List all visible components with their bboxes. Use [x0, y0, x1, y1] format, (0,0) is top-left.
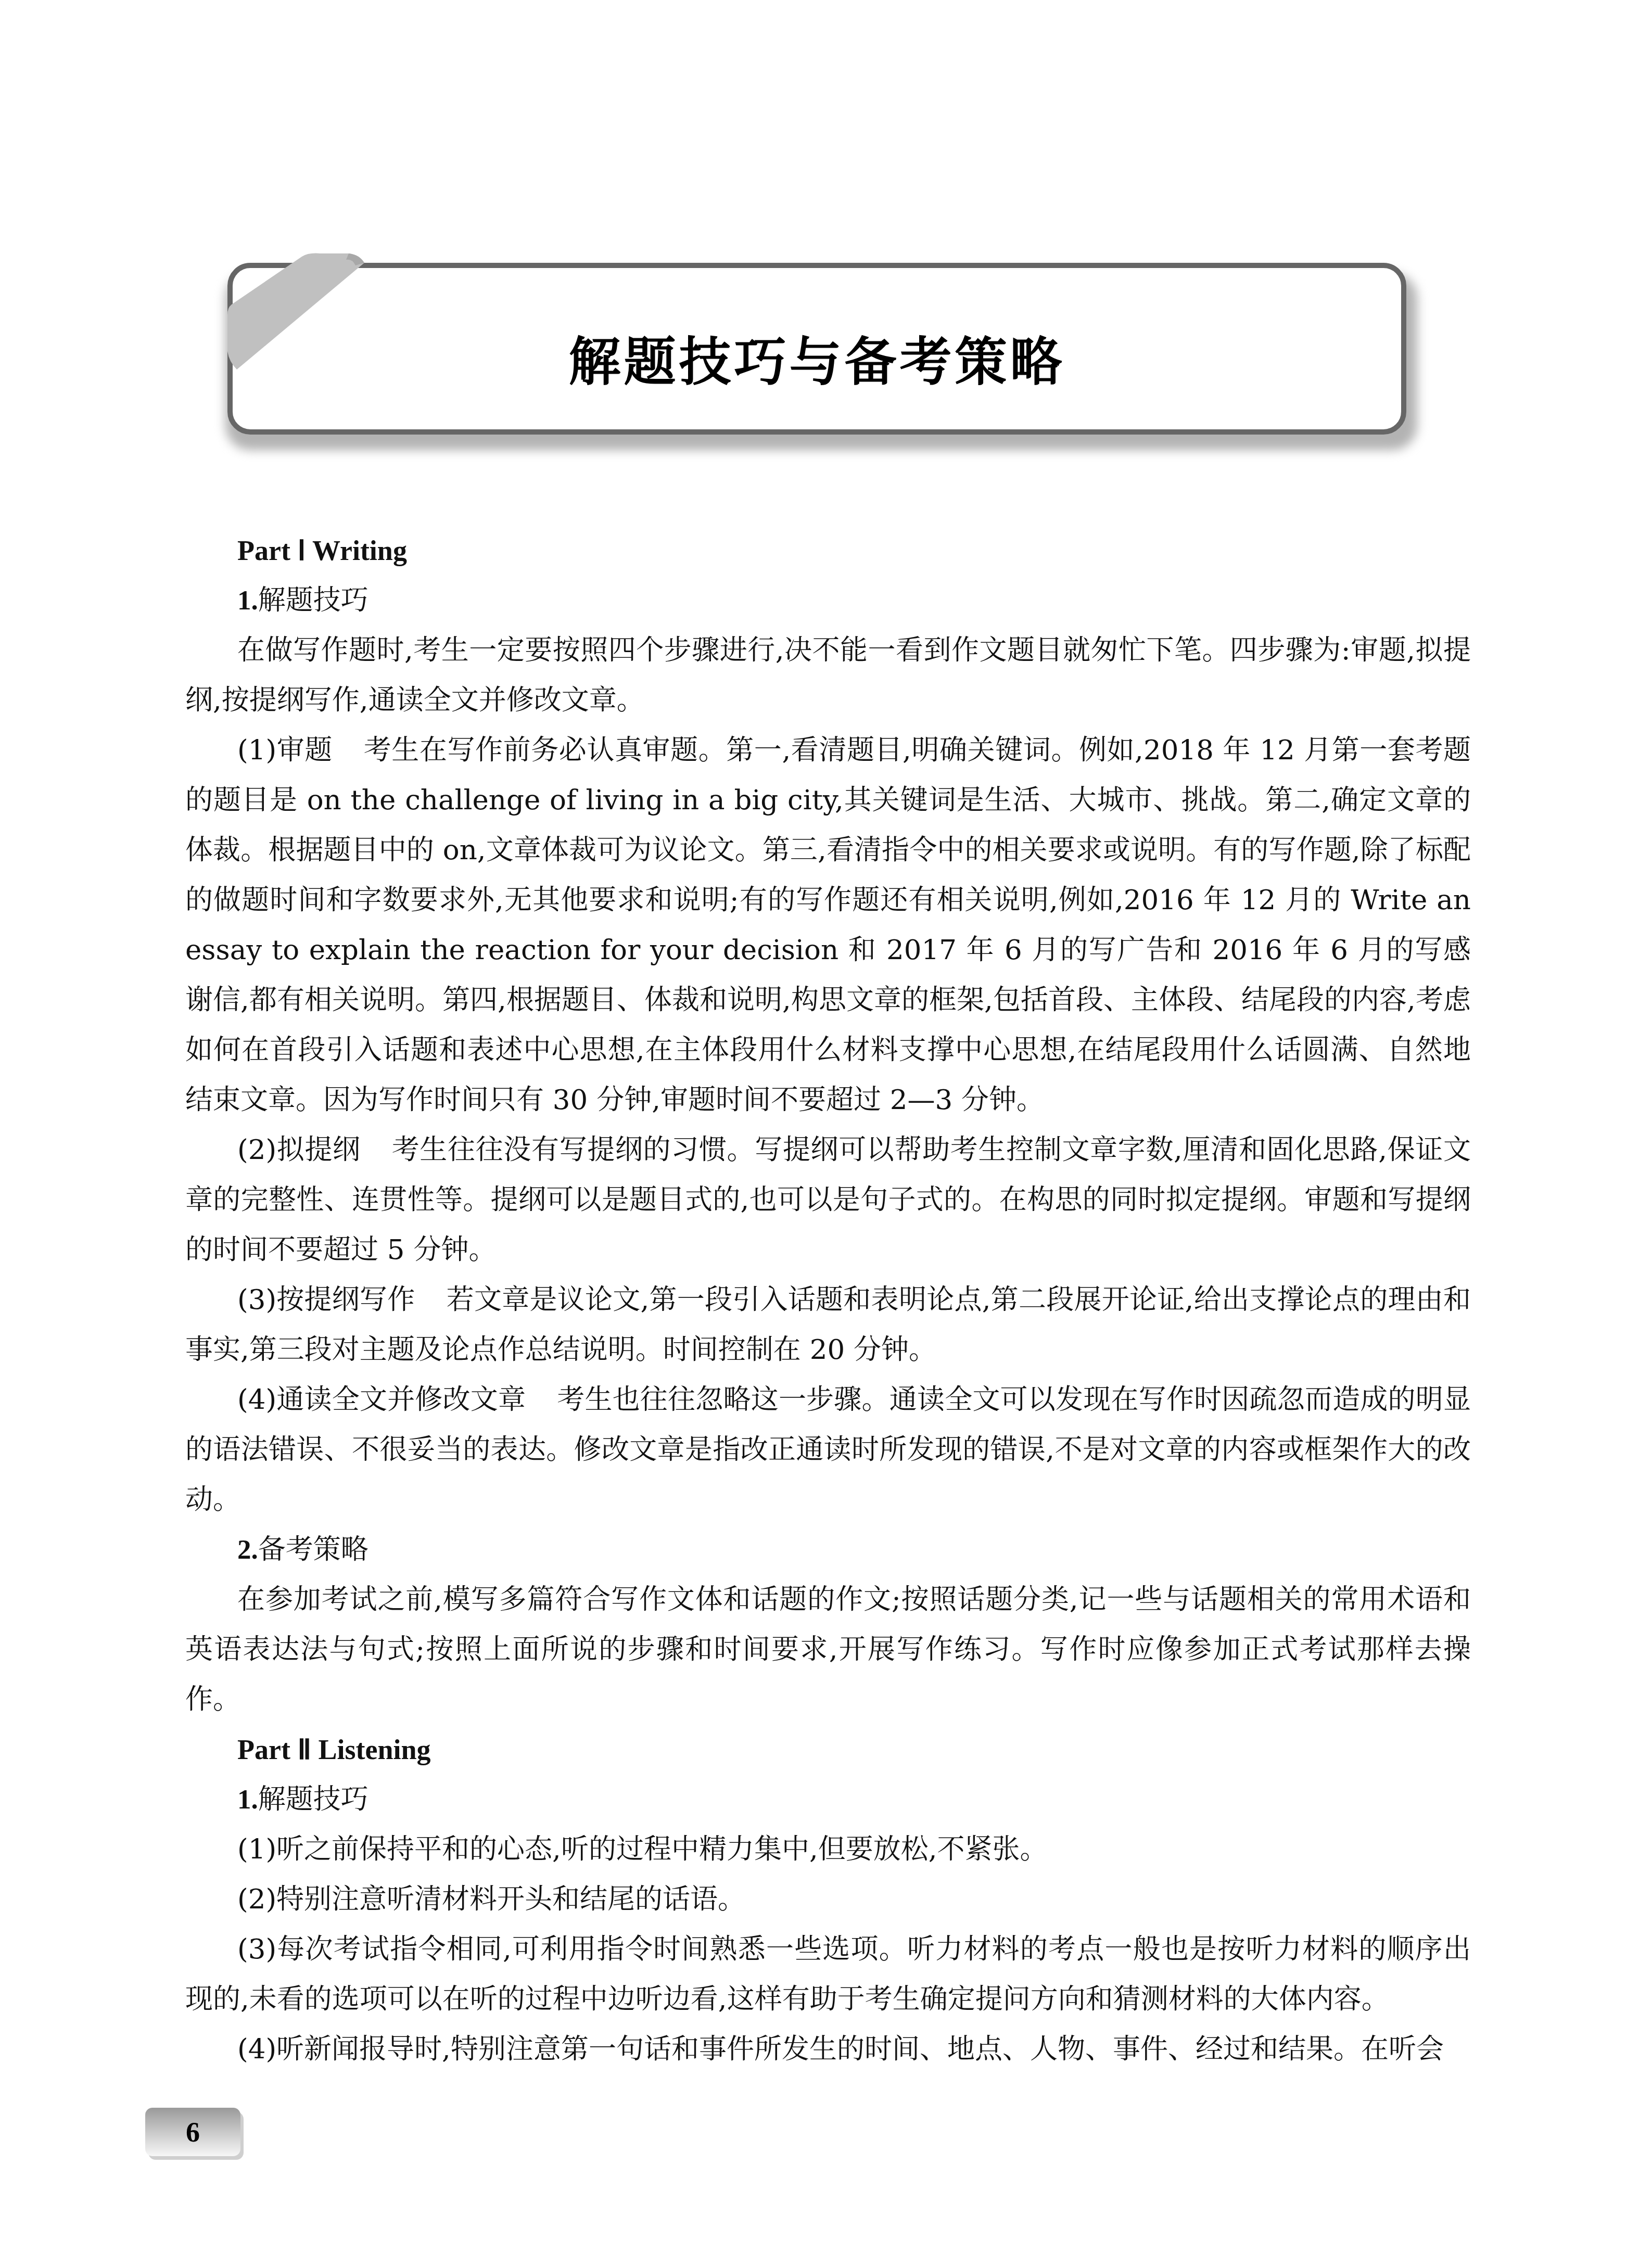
paragraph-label: (2)拟提纲: [237, 1134, 361, 1166]
paragraph: (2)拟提纲考生往往没有写提纲的习惯。写提纲可以帮助考生控制文章字数,厘清和固化…: [185, 1125, 1471, 1275]
paragraph-text: 考生往往没有写提纲的习惯。写提纲可以帮助考生控制文章字数,厘清和固化思路,保证文…: [185, 1134, 1471, 1266]
paragraph-text: (3)每次考试指令相同,可利用指令时间熟悉一些选项。听力材料的考点一般也是按听力…: [185, 1933, 1471, 2015]
subsection-number: 2.: [237, 1535, 258, 1565]
page-number-tab: 6: [145, 2108, 249, 2165]
paragraph-text: (1)听之前保持平和的心态,听的过程中精力集中,但要放松,不紧张。: [237, 1833, 1048, 1865]
paragraph: (3)每次考试指令相同,可利用指令时间熟悉一些选项。听力材料的考点一般也是按听力…: [185, 1925, 1471, 2024]
page-title: 解题技巧与备考策略: [233, 320, 1401, 395]
paragraph: (4)通读全文并修改文章考生也往往忽略这一步骤。通读全文可以发现在写作时因疏忽而…: [185, 1375, 1471, 1525]
paragraph: (3)按提纲写作若文章是议论文,第一段引入话题和表明论点,第二段展开论证,给出支…: [185, 1275, 1471, 1375]
banner-frame: 解题技巧与备考策略: [227, 263, 1406, 435]
subsection-title: 解题技巧: [258, 1784, 368, 1815]
subsection-number: 1.: [237, 1785, 258, 1815]
paragraph: (1)听之前保持平和的心态,听的过程中精力集中,但要放松,不紧张。: [185, 1825, 1471, 1875]
paragraph: 在参加考试之前,模写多篇符合写作文体和话题的作文;按照话题分类,记一些与话题相关…: [185, 1575, 1471, 1725]
paragraph-label: (4)通读全文并修改文章: [237, 1384, 526, 1416]
page-number: 6: [145, 2108, 240, 2156]
paragraph-text: (4)听新闻报导时,特别注意第一句话和事件所发生的时间、地点、人物、事件、经过和…: [237, 2033, 1444, 2065]
paragraph: (4)听新闻报导时,特别注意第一句话和事件所发生的时间、地点、人物、事件、经过和…: [185, 2024, 1471, 2074]
corner-ribbon-icon: [216, 252, 372, 377]
paragraph-text: 在参加考试之前,模写多篇符合写作文体和话题的作文;按照话题分类,记一些与话题相关…: [185, 1584, 1471, 1715]
paragraph-text: 考生在写作前务必认真审题。第一,看清题目,明确关键词。例如,2018 年 12 …: [185, 734, 1471, 1116]
paragraph: 在做写作题时,考生一定要按照四个步骤进行,决不能一看到作文题目就匆忙下笔。四步骤…: [185, 626, 1471, 725]
subsection-heading: 2.备考策略: [185, 1525, 1471, 1575]
paragraph-text: (2)特别注意听清材料开头和结尾的话语。: [237, 1883, 745, 1915]
paragraph: (1)审题考生在写作前务必认真审题。第一,看清题目,明确关键词。例如,2018 …: [185, 725, 1471, 1125]
paragraph-label: (1)审题: [237, 734, 333, 766]
subsection-title: 备考策略: [258, 1534, 368, 1565]
subsection-heading: 1.解题技巧: [185, 1775, 1471, 1825]
subsection-number: 1.: [237, 585, 258, 616]
title-banner: 解题技巧与备考策略: [216, 252, 1413, 450]
paragraph: (2)特别注意听清材料开头和结尾的话语。: [185, 1875, 1471, 1925]
subsection-title: 解题技巧: [258, 584, 368, 616]
section-heading-listening: Part Ⅱ Listening: [185, 1725, 1471, 1775]
section-heading-writing: Part Ⅰ Writing: [185, 526, 1471, 576]
document-body: Part Ⅰ Writing 1.解题技巧 在做写作题时,考生一定要按照四个步骤…: [185, 526, 1471, 2074]
subsection-heading: 1.解题技巧: [185, 576, 1471, 626]
paragraph-label: (3)按提纲写作: [237, 1284, 415, 1316]
paragraph-text: 在做写作题时,考生一定要按照四个步骤进行,决不能一看到作文题目就匆忙下笔。四步骤…: [185, 634, 1471, 716]
